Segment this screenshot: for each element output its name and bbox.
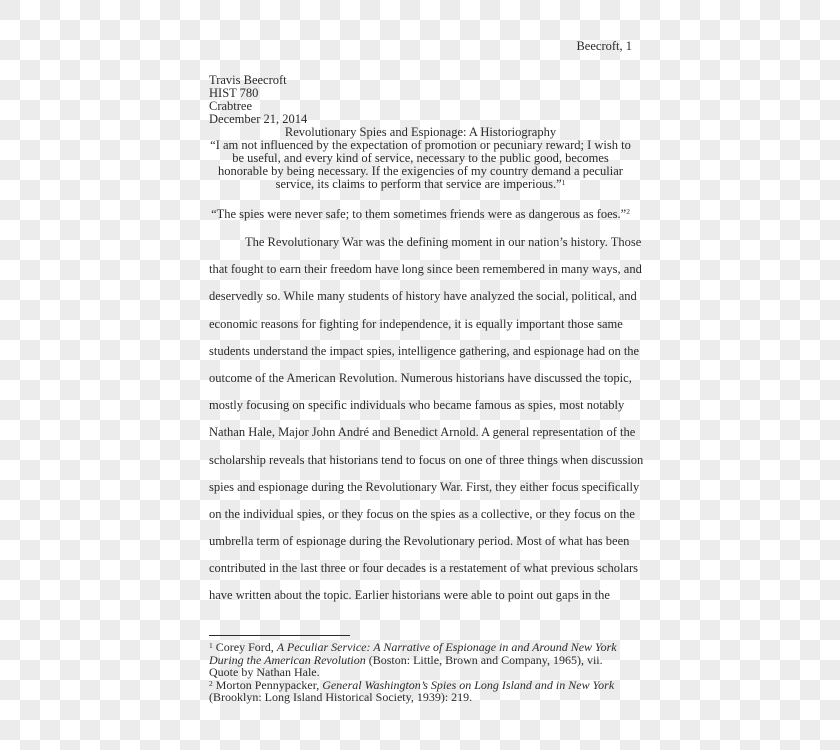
footnote-citation: (Brooklyn: Long Island Historical Societ… xyxy=(209,690,472,704)
heading-block: Travis Beecroft HIST 780 Crabtree Decemb… xyxy=(209,74,307,126)
body-line: contributed in the last three or four de… xyxy=(209,560,632,587)
epigraph-1-text: “I am not influenced by the expectation … xyxy=(210,138,631,191)
epigraph-1: “I am not influenced by the expectation … xyxy=(207,139,634,191)
epigraph-2: “The spies were never safe; to them some… xyxy=(209,207,632,221)
body-line: scholarship reveals that historians tend… xyxy=(209,452,632,479)
body-line: mostly focusing on specific individuals … xyxy=(209,397,632,424)
body-line: The Revolutionary War was the defining m… xyxy=(209,234,632,261)
body-line: economic reasons for fighting for indepe… xyxy=(209,316,632,343)
footnotes: 1 Corey Ford, A Peculiar Service: A Narr… xyxy=(209,641,634,704)
body-line: that fought to earn their freedom have l… xyxy=(209,261,632,288)
body-line: have written about the topic. Earlier hi… xyxy=(209,587,632,614)
epigraph-2-text: “The spies were never safe; to them some… xyxy=(211,207,626,221)
body-line: on the individual spies, or they focus o… xyxy=(209,506,632,533)
body-paragraph: The Revolutionary War was the defining m… xyxy=(209,234,632,615)
footnote-divider xyxy=(209,635,350,636)
footnote-2: 2 Morton Pennypacker, General Washington… xyxy=(209,679,634,704)
body-line: outcome of the American Revolution. Nume… xyxy=(209,370,632,397)
footnote-number: 1 xyxy=(209,641,213,650)
running-header: Beecroft, 1 xyxy=(576,39,632,53)
footnote-1: 1 Corey Ford, A Peculiar Service: A Narr… xyxy=(209,641,634,679)
body-line: deservedly so. While many students of hi… xyxy=(209,288,632,315)
body-line: students understand the impact spies, in… xyxy=(209,343,632,370)
document-page: Beecroft, 1 Travis Beecroft HIST 780 Cra… xyxy=(0,0,840,750)
body-line: spies and espionage during the Revolutio… xyxy=(209,479,632,506)
footnote-ref-2[interactable]: 2 xyxy=(626,207,630,216)
footnote-number: 2 xyxy=(209,679,213,688)
footnote-ref-1[interactable]: 1 xyxy=(562,178,566,187)
body-line: umbrella term of espionage during the Re… xyxy=(209,533,632,560)
body-line: Nathan Hale, Major John André and Benedi… xyxy=(209,424,632,451)
